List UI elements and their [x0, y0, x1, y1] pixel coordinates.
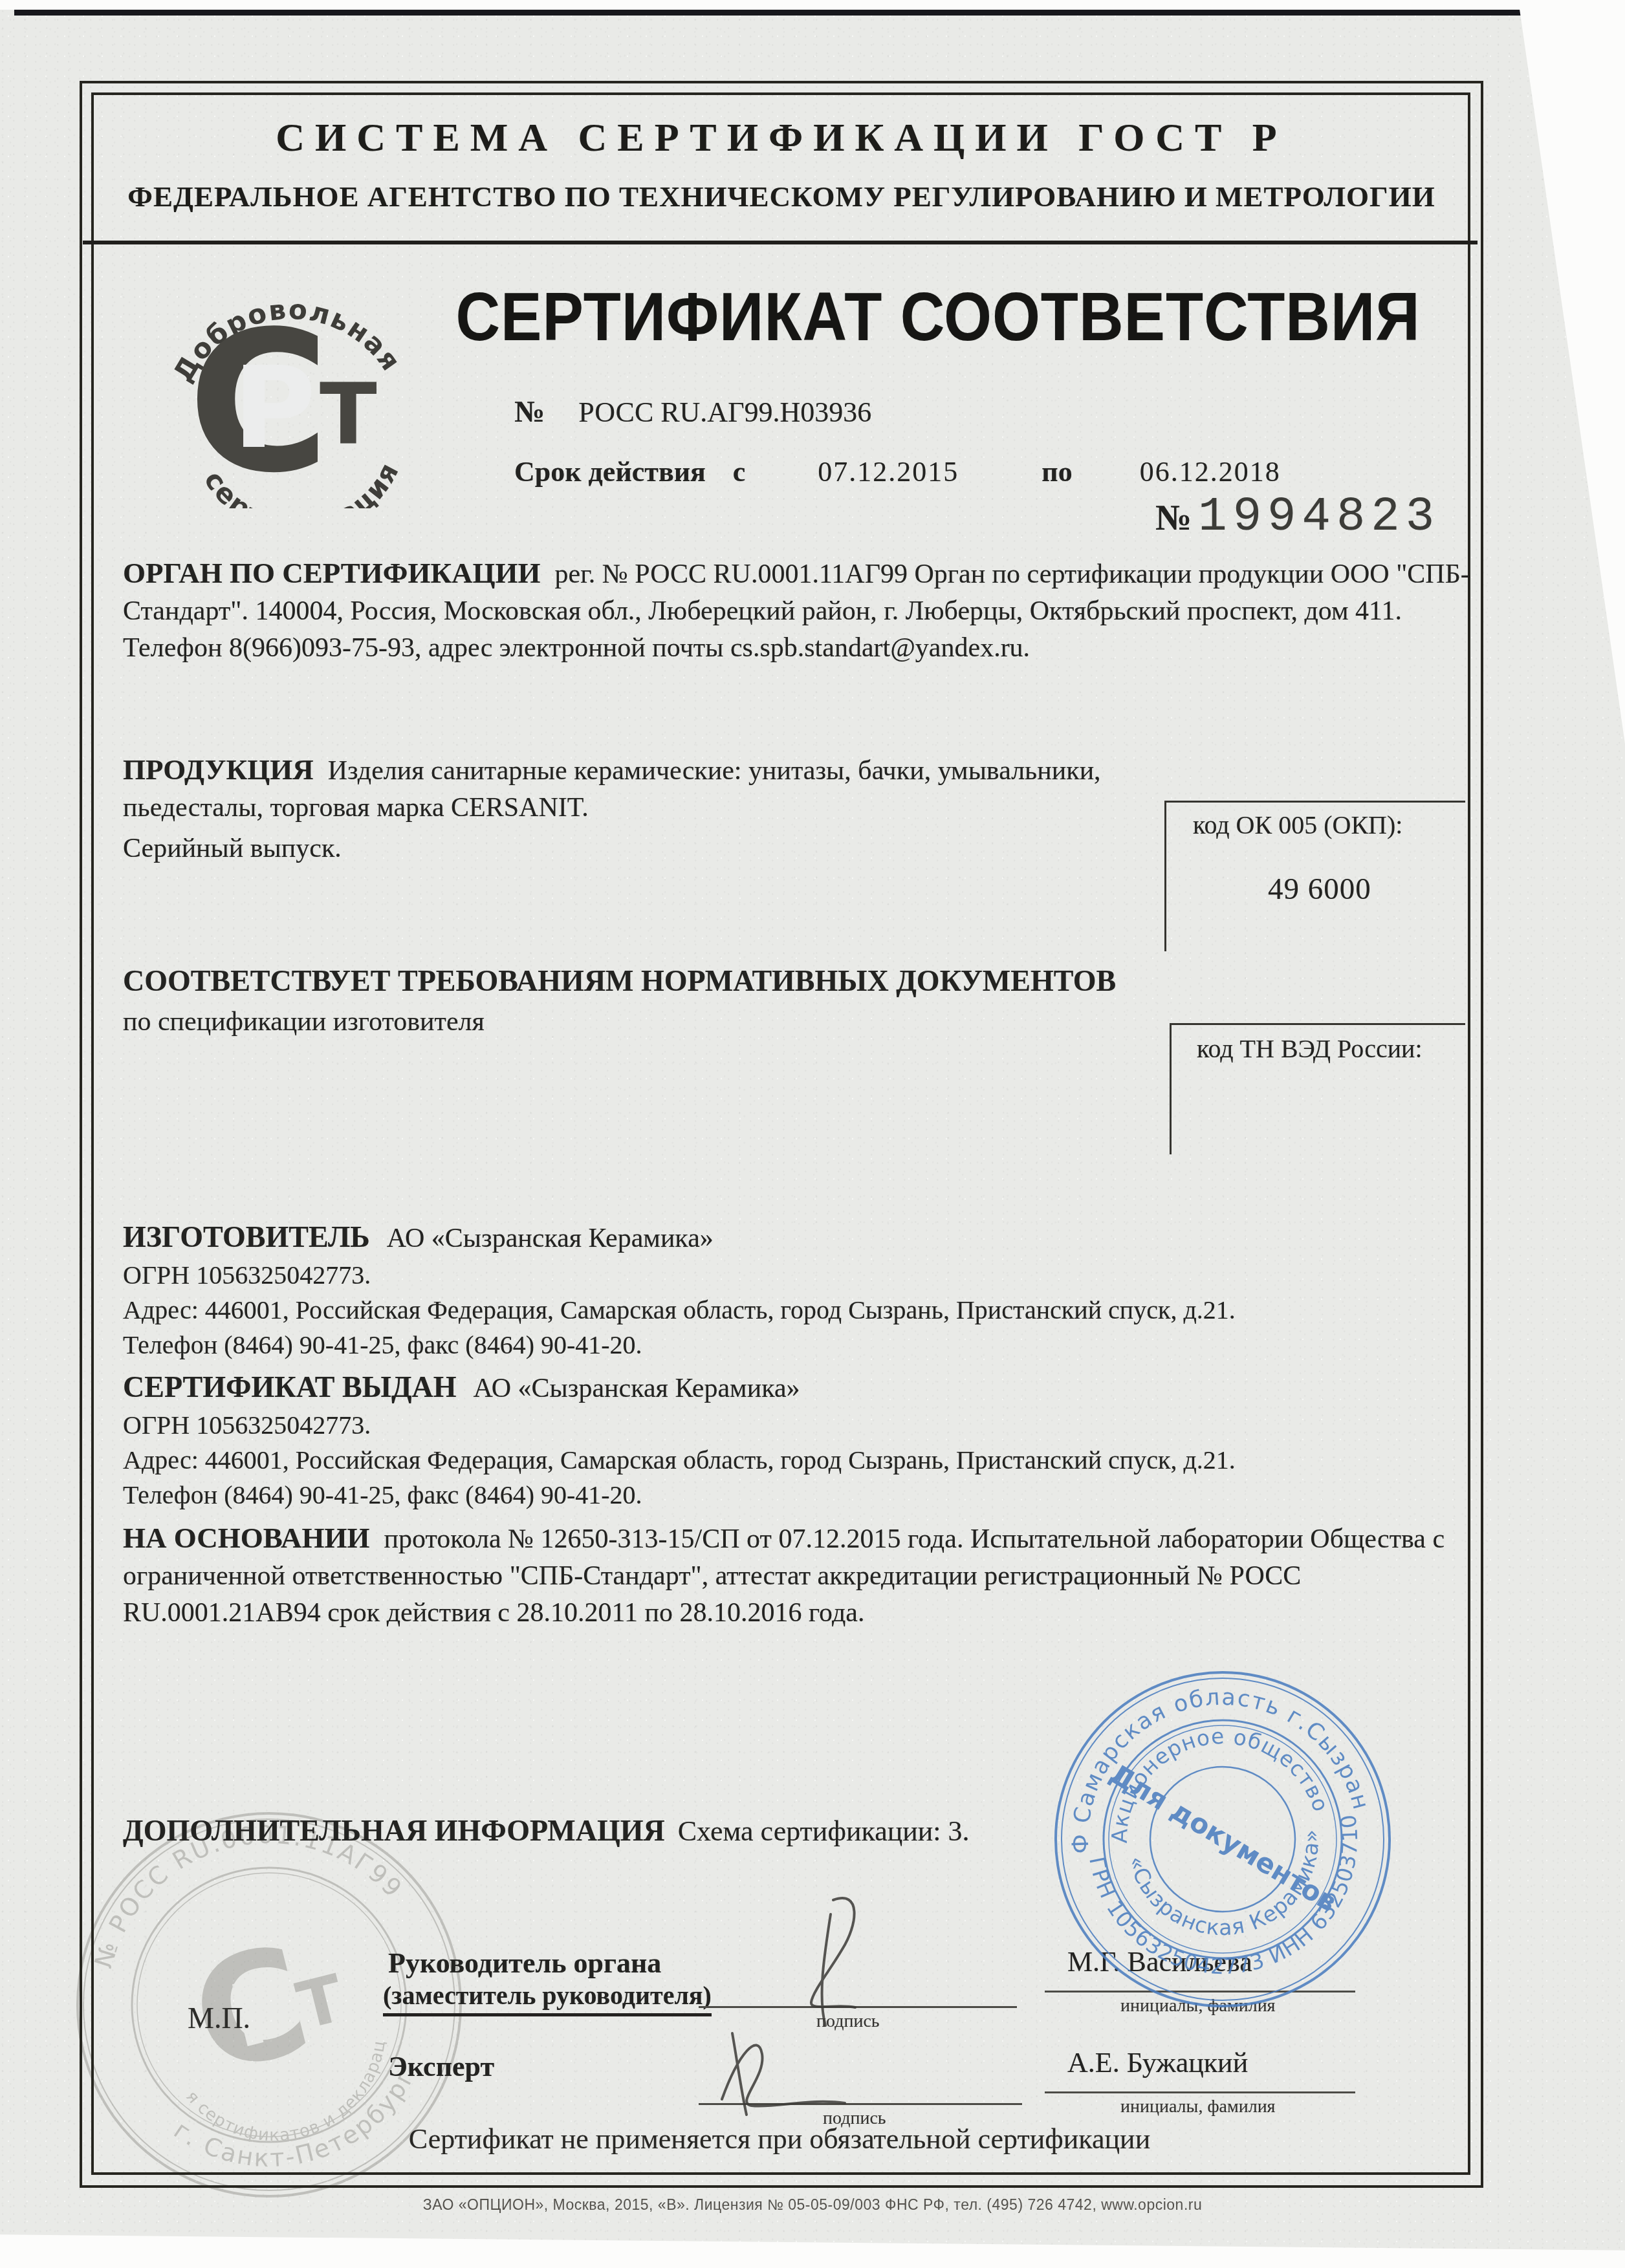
okp-code-value: 49 6000	[1268, 872, 1371, 907]
issued-to-label: СЕРТИФИКАТ ВЫДАН	[123, 1370, 457, 1403]
system-title: СИСТЕМА СЕРТИФИКАЦИИ ГОСТ Р	[83, 115, 1480, 161]
head-signature-icon	[775, 1894, 904, 2033]
number-sign: №	[514, 395, 545, 429]
blank-number-row: №1994823	[1155, 490, 1440, 545]
bottom-note: Сертификат не применяется при обязательн…	[230, 2122, 1329, 2155]
okp-code-label: код ОК 005 (ОКП):	[1193, 810, 1402, 840]
header-divider	[83, 241, 1478, 244]
certificate-number: РОСС RU.АГ99.Н03936	[578, 396, 871, 428]
blue-round-stamp: РФ Самарская область г.Сызрань • ОГРН 10…	[1021, 1638, 1424, 2040]
conformity-text: по спецификации изготовителя	[123, 1006, 485, 1037]
head-of-body-label: Руководитель органа	[388, 1947, 661, 1980]
product-paragraph: ПРОДУКЦИЯИзделия санитарные керамические…	[123, 750, 1151, 826]
validity-to-date: 06.12.2018	[1140, 456, 1281, 488]
validity-from-label: с	[733, 456, 746, 488]
manufacturer-name: АО «Сызранская Керамика»	[387, 1224, 714, 1253]
validity-row: Срок действияс07.12.2015по06.12.2018	[514, 455, 1281, 488]
additional-info-row: ДОПОЛНИТЕЛЬНАЯ ИНФОРМАЦИЯСхема сертифика…	[123, 1813, 970, 1848]
expert-name: А.Е. Бужацкий	[1067, 2046, 1248, 2079]
product-label: ПРОДУКЦИЯ	[123, 753, 314, 786]
validity-from-date: 07.12.2015	[818, 456, 959, 488]
blank-number: 1994823	[1198, 490, 1440, 545]
agency-title: ФЕДЕРАЛЬНОЕ АГЕНТСТВО ПО ТЕХНИЧЕСКОМУ РЕ…	[83, 180, 1480, 213]
validity-label: Срок действия	[514, 456, 706, 488]
manufacturer-ogrn: ОГРН 1056325042773.	[123, 1260, 371, 1290]
scan-edge-right	[1518, 0, 1625, 744]
logo-letter-t: Т	[320, 365, 377, 464]
certification-body-label: ОРГАН ПО СЕРТИФИКАЦИИ	[123, 557, 541, 589]
blank-number-sign: №	[1155, 498, 1192, 538]
head-deputy-sublabel: (заместитель руководителя)	[383, 1980, 712, 2016]
scan-edge-bottom	[0, 2221, 1625, 2268]
certification-body-paragraph: ОРГАН ПО СЕРТИФИКАЦИИрег. № РОСС RU.0001…	[123, 554, 1472, 667]
certificate-title: СЕРТИФИКАТ СООТВЕТСТВИЯ	[437, 278, 1439, 356]
expert-name-caption: инициалы, фамилия	[1120, 2097, 1276, 2117]
manufacturer-label: ИЗГОТОВИТЕЛЬ	[123, 1220, 370, 1253]
stamp-place-mark: М.П.	[188, 2001, 250, 2035]
issued-to-address: Адрес: 446001, Российская Федерация, Сам…	[123, 1445, 1236, 1475]
basis-label: НА ОСНОВАНИИ	[123, 1522, 370, 1554]
expert-label: Эксперт	[388, 2050, 494, 2083]
manufacturer-phone: Телефон (8464) 90-41-25, факс (8464) 90-…	[123, 1330, 642, 1360]
rst-voluntary-certification-logo-icon: Добровольная С Р Т сертификация	[157, 256, 422, 508]
product-serial-text: Серийный выпуск.	[123, 833, 342, 864]
issued-to-name: АО «Сызранская Керамика»	[474, 1374, 800, 1403]
conformity-label: СООТВЕТСТВУЕТ ТРЕБОВАНИЯМ НОРМАТИВНЫХ ДО…	[123, 964, 1116, 998]
additional-info-text: Схема сертификации: 3.	[678, 1815, 970, 1847]
issued-to-row: СЕРТИФИКАТ ВЫДАНАО «Сызранская Керамика»	[123, 1370, 800, 1404]
expert-name-line	[1045, 2091, 1355, 2093]
certificate-page: СИСТЕМА СЕРТИФИКАЦИИ ГОСТ Р ФЕДЕРАЛЬНОЕ …	[0, 0, 1625, 2268]
logo-letter-r: Р	[233, 343, 316, 474]
scan-edge-line	[14, 10, 1625, 16]
manufacturer-row: ИЗГОТОВИТЕЛЬАО «Сызранская Керамика»	[123, 1220, 714, 1254]
issued-to-ogrn: ОГРН 1056325042773.	[123, 1410, 371, 1440]
scan-edge-top	[0, 0, 1625, 10]
tnved-code-label: код ТН ВЭД России:	[1197, 1033, 1423, 1064]
issued-to-phone: Телефон (8464) 90-41-25, факс (8464) 90-…	[123, 1480, 642, 1510]
expert-signature-icon	[709, 2029, 890, 2123]
validity-to-label: по	[1042, 456, 1072, 488]
basis-paragraph: НА ОСНОВАНИИпротокола № 12650-313-15/СП …	[123, 1518, 1479, 1632]
additional-info-label: ДОПОЛНИТЕЛЬНАЯ ИНФОРМАЦИЯ	[123, 1814, 665, 1847]
certificate-number-row: №РОСС RU.АГ99.Н03936	[514, 394, 871, 429]
manufacturer-address: Адрес: 446001, Российская Федерация, Сам…	[123, 1295, 1236, 1325]
